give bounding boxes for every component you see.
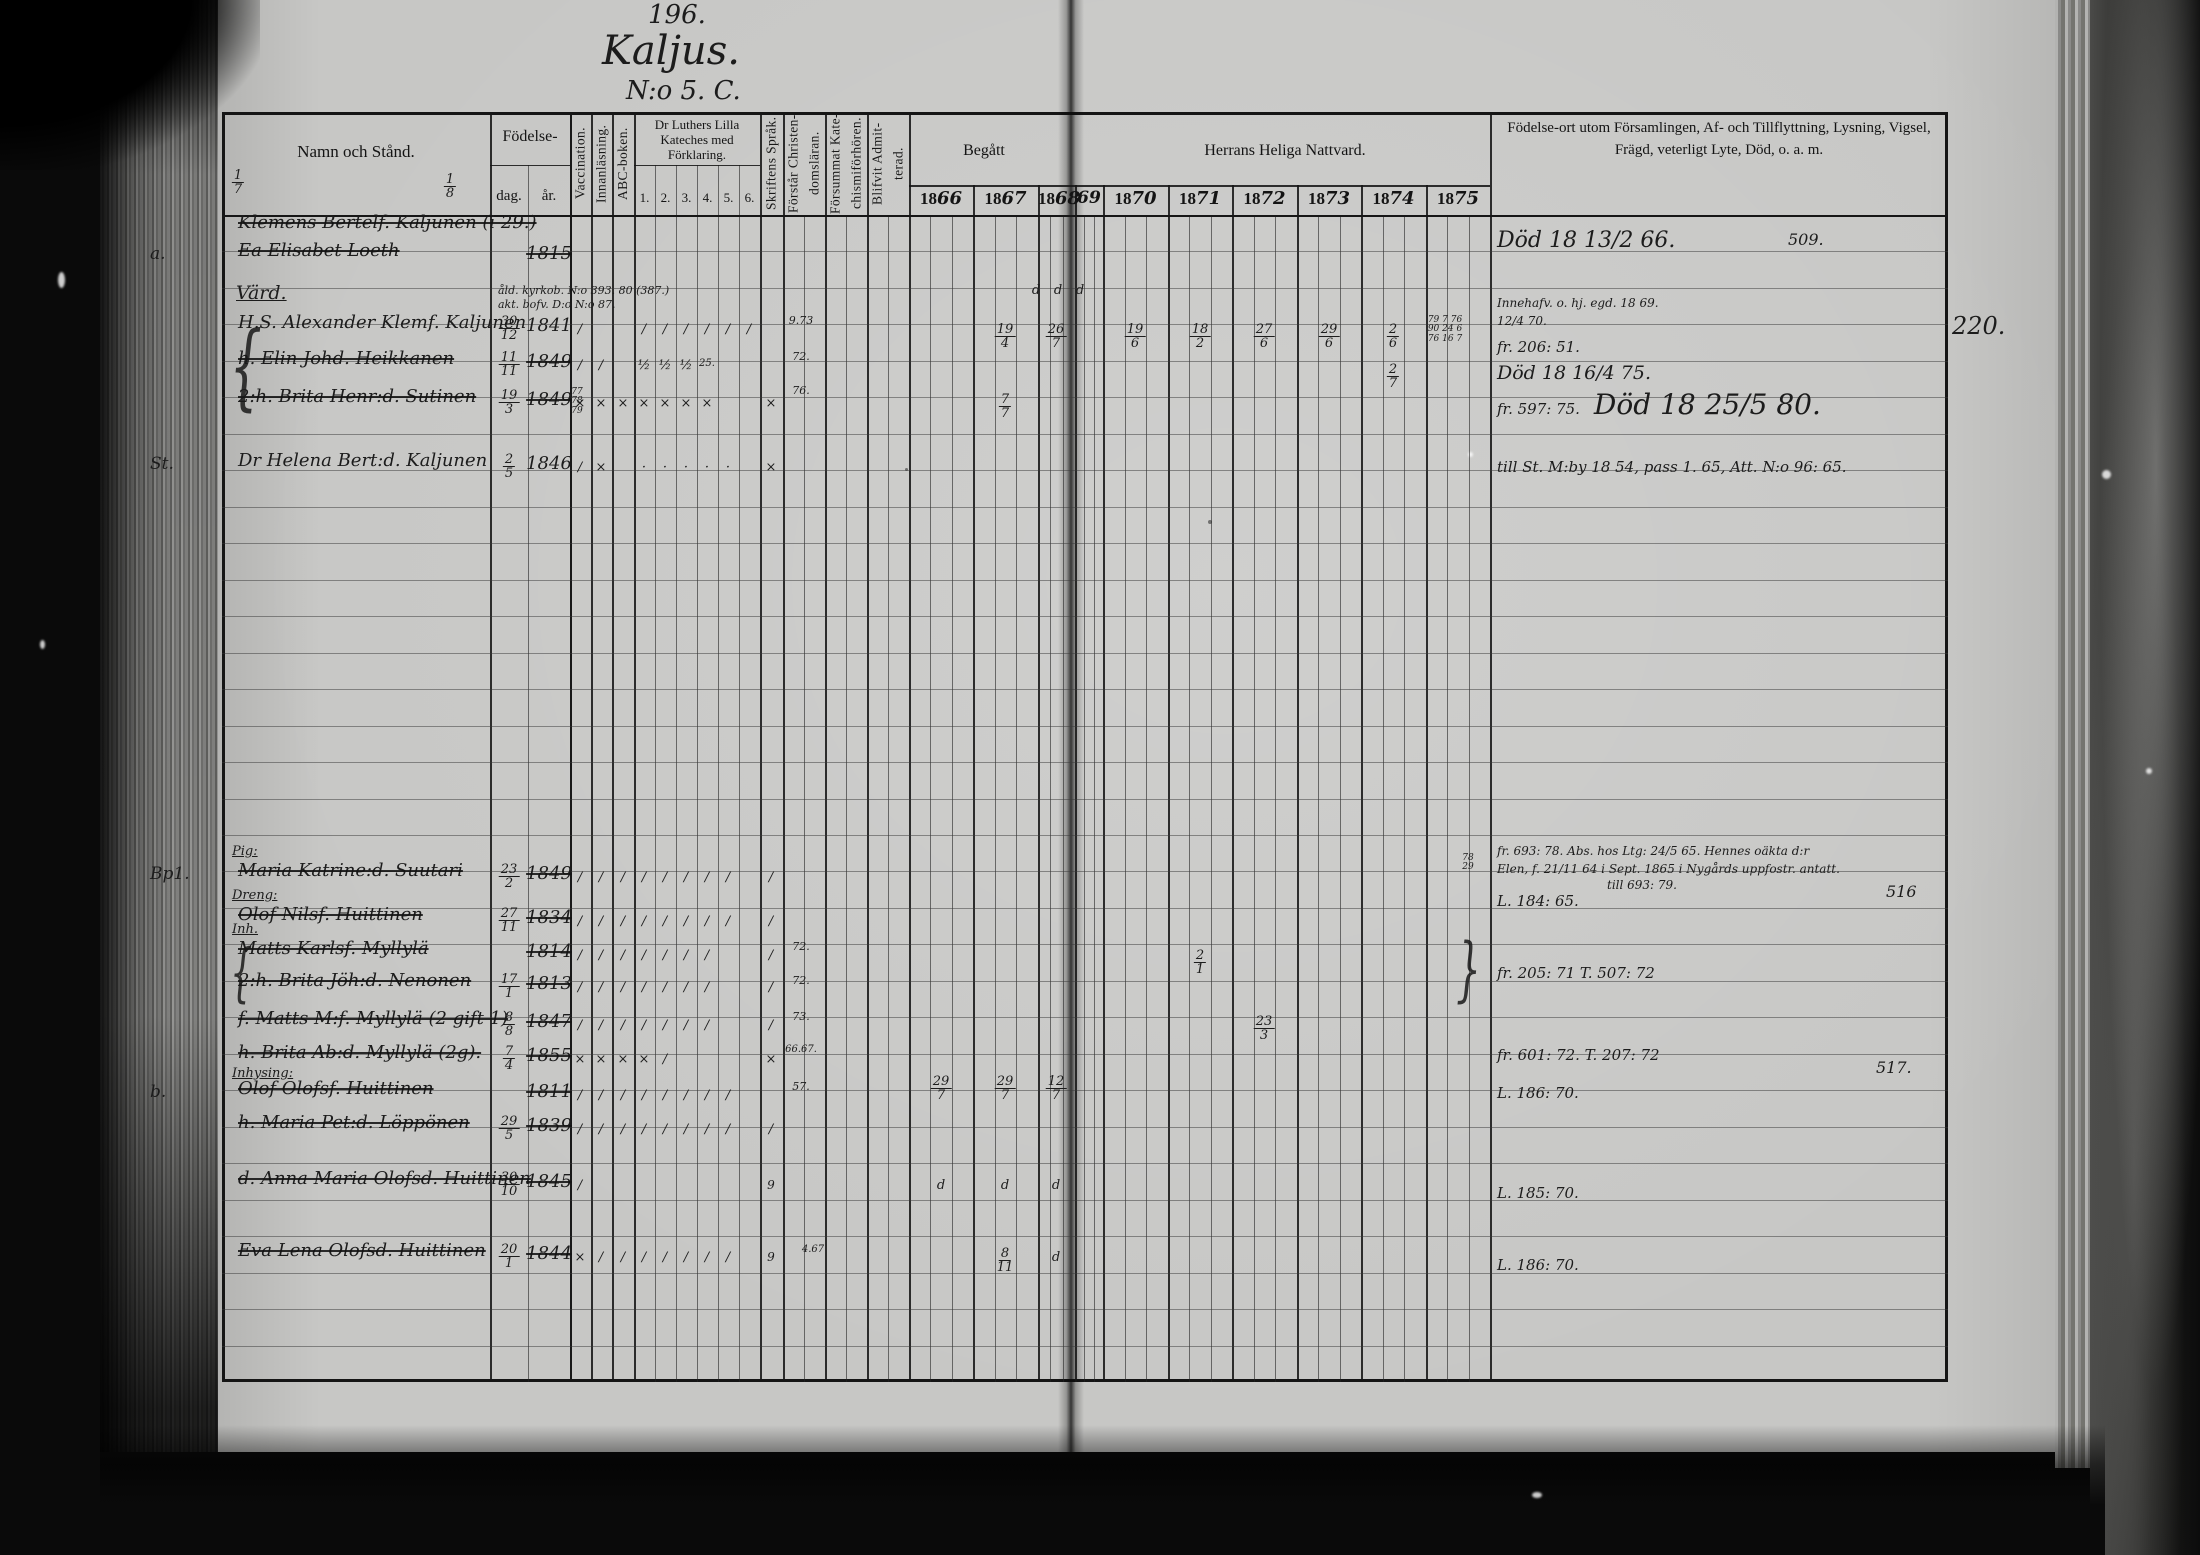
grid-mark: / — [705, 980, 709, 995]
grid-mark: × — [766, 1052, 777, 1067]
grid-mark: / — [726, 1122, 730, 1137]
grid-mark: / — [642, 980, 646, 995]
entry-birth-day: 25 — [503, 452, 515, 480]
header-name-och-stand: Namn och Stånd. — [222, 142, 490, 162]
year-label: 1873 — [1297, 188, 1361, 209]
grid-mark: × — [575, 1250, 586, 1265]
margin-reference-number: 220. — [1952, 312, 2005, 340]
note-line: L. 186: 70. — [1497, 1256, 1579, 1274]
entry-birth-day: 3012 — [499, 314, 520, 342]
grid-mark: × — [766, 396, 777, 411]
entry-birth-day: 232 — [499, 862, 520, 890]
grid-mark: / — [684, 914, 688, 929]
entry-birth-year: 1855 — [526, 1045, 572, 1066]
header-forstar-2: domsläran. — [804, 112, 825, 215]
grid-mark: 77 — [999, 392, 1011, 420]
grid-mark: / — [663, 1122, 667, 1137]
grid-mark: / — [578, 980, 582, 995]
header-admitterad-2: terad. — [888, 112, 909, 215]
grid-mark: 9.73 — [789, 314, 814, 327]
header-forstar-1: Förstår Christen- — [783, 112, 804, 215]
note-text: till 693: 79. — [1607, 878, 1677, 892]
grid-mark: / — [726, 1088, 730, 1103]
grid-mark: / — [663, 948, 667, 963]
page-number-title: N:o 5. C. — [626, 76, 741, 106]
table-line — [222, 616, 1948, 617]
grid-mark: / — [705, 948, 709, 963]
row-group-label: Värd. — [236, 282, 287, 304]
grid-mark: / — [684, 948, 688, 963]
header-kateches-col: 1. — [634, 190, 655, 206]
table-line — [222, 288, 1948, 289]
table-line — [825, 112, 827, 1382]
grid-mark: ½ — [638, 358, 651, 373]
note-text: 12/4 70. — [1497, 314, 1547, 328]
note-text: fr. 206: 51. — [1497, 338, 1580, 356]
entry-name: H.S. Alexander Klemf. Kaljunen — [238, 312, 526, 333]
grid-mark: · — [705, 460, 709, 475]
grid-mark: / — [684, 322, 688, 337]
note-line: fr. 601: 72. T. 207: 72 — [1497, 1046, 1660, 1064]
note-line: L. 184: 65. — [1497, 892, 1579, 910]
grid-mark: / — [769, 948, 773, 963]
grid-mark: / — [599, 358, 603, 373]
header-kateches-col: 5. — [718, 190, 739, 206]
entry-birth-day: 3010 — [499, 1170, 520, 1198]
grid-mark: / — [599, 1250, 603, 1265]
grid-mark: 72. — [792, 974, 810, 987]
grid-mark: d — [1052, 1250, 1060, 1265]
grid-mark: / — [621, 1122, 625, 1137]
entry-name: f. Matts M:f. Myllylä (2 gift 1) — [238, 1008, 508, 1029]
grid-mark: / — [684, 1250, 688, 1265]
table-line — [1297, 185, 1299, 1382]
entry-name: Olof Olofsf. Huittinen — [238, 1078, 434, 1099]
year-label: 1868 — [1038, 188, 1075, 209]
entry-name: h. Maria Pet:d. Löppönen — [238, 1112, 470, 1133]
note-text: fr. 205: 71 T. 507: 72 — [1497, 964, 1655, 982]
grid-mark: 233 — [1254, 1014, 1275, 1042]
year-label: 1874 — [1361, 188, 1426, 209]
grid-mark: / — [663, 980, 667, 995]
grid-mark: 76. — [792, 384, 810, 397]
dust-speck — [1532, 1492, 1542, 1498]
grid-mark: / — [747, 322, 751, 337]
entry-birth-year: 1847 — [526, 1011, 572, 1032]
header-scribble: 18 — [444, 172, 456, 200]
grid-mark: / — [769, 870, 773, 885]
table-line — [222, 1273, 1948, 1274]
grid-mark: / — [705, 870, 709, 885]
dust-speck — [40, 640, 45, 649]
folio-number: 196. — [648, 0, 706, 30]
entry-year-note: akt. bofv. D:o N:o 87. — [498, 298, 615, 311]
group-brace: } — [1456, 926, 1481, 1012]
grid-mark: d — [1076, 283, 1084, 298]
entry-birth-year: 1814 — [526, 941, 572, 962]
row-margin-mark: b. — [150, 1082, 166, 1102]
entry-name: Matts Karlsf. Myllylä — [238, 938, 429, 959]
grid-mark: d — [1032, 283, 1040, 298]
grid-mark: / — [726, 322, 730, 337]
grid-mark: · — [726, 460, 730, 475]
grid-mark: / — [663, 1052, 667, 1067]
year-label: 1870 — [1103, 188, 1168, 209]
entry-birth-day: 193 — [499, 388, 520, 416]
header-abc-boken: ABC-boken. — [612, 112, 634, 215]
entry-year-note: åld. kyrkob. N:o 393. 80 (387.) — [498, 284, 669, 297]
header-dag: dag. — [490, 188, 528, 205]
grid-mark: / — [642, 914, 646, 929]
grid-mark: × — [639, 396, 650, 411]
grid-mark: × — [596, 460, 607, 475]
header-ar: år. — [528, 188, 570, 205]
grid-mark: 297 — [931, 1074, 952, 1102]
table-line — [634, 112, 636, 1382]
grid-mark: / — [578, 1122, 582, 1137]
grid-mark: / — [578, 948, 582, 963]
grid-mark: 26 — [1387, 322, 1399, 350]
note-line: till St. M:by 18 54, pass 1. 65, Att. N:… — [1497, 458, 1847, 476]
margin-reference-number: 516 — [1886, 882, 1917, 901]
grid-mark: / — [705, 1088, 709, 1103]
table-line — [1075, 185, 1077, 1382]
note-text: fr. 601: 72. T. 207: 72 — [1497, 1046, 1660, 1064]
entry-name: Olof Nilsf. Huittinen — [238, 904, 423, 925]
grid-mark: 73. — [792, 1010, 810, 1023]
grid-mark: 811 — [997, 1246, 1014, 1274]
row-margin-mark: Bp1. — [150, 864, 190, 884]
grid-mark: / — [726, 870, 730, 885]
note-text: Död 18 13/2 66. — [1497, 228, 1675, 253]
grid-mark: d — [1001, 1178, 1009, 1193]
table-line — [634, 165, 760, 166]
grid-mark: 194 — [995, 322, 1016, 350]
grid-mark: / — [621, 1250, 625, 1265]
grid-mark: / — [705, 1122, 709, 1137]
note-text: fr. 693: 78. Abs. hos Ltg: 24/5 65. Henn… — [1497, 844, 1809, 858]
grid-mark: / — [663, 1250, 667, 1265]
entry-birth-day: 88 — [503, 1010, 515, 1038]
grid-mark: × — [618, 396, 629, 411]
note-text: Innehafv. o. hj. egd. 18 69. — [1497, 296, 1659, 310]
table-line — [222, 1200, 1948, 1201]
grid-mark: 9 — [767, 1250, 775, 1264]
entry-birth-day: 74 — [503, 1044, 515, 1072]
grid-mark: × — [618, 1052, 629, 1067]
table-line — [222, 689, 1948, 690]
page-bottom-shadow — [100, 1425, 2105, 1555]
note-text: L. 185: 70. — [1497, 1184, 1579, 1202]
grid-mark: / — [578, 1178, 582, 1193]
header-admitterad-1: Blifvit Admit- — [867, 112, 888, 215]
grid-mark: 196 — [1125, 322, 1146, 350]
table-line — [222, 1127, 1948, 1128]
note-text: Död 18 25/5 80. — [1594, 388, 1821, 421]
grid-mark: 25. — [699, 358, 715, 369]
grid-mark: / — [769, 980, 773, 995]
header-kateches-col: 3. — [676, 190, 697, 206]
grid-mark: / — [621, 980, 625, 995]
grid-mark: 66.67. — [785, 1044, 817, 1055]
table-line — [222, 434, 1948, 435]
grid-mark: / — [599, 870, 603, 885]
grid-mark: 78 29 — [1462, 854, 1473, 873]
note-text: Död 18 16/4 75. — [1497, 362, 1651, 384]
grid-mark: / — [599, 914, 603, 929]
note-text: fr. 597: 75. — [1497, 400, 1580, 418]
entry-name: Maria Katrine:d. Suutari — [238, 860, 463, 881]
grid-mark: / — [726, 914, 730, 929]
table-line — [1168, 185, 1170, 1382]
header-notes-col: Födelse-ort utom Församlingen, Af- och T… — [1490, 120, 1948, 137]
entry-name: Eva Lena Olofsd. Huittinen — [238, 1240, 486, 1261]
grid-mark: × — [575, 396, 586, 411]
grid-mark: / — [578, 322, 582, 337]
note-line: Död 18 16/4 75. — [1497, 362, 1651, 384]
header-scribble: 17 — [232, 168, 244, 196]
entry-name: Klemens Bertelf. Kaljunen (i 29.) — [238, 212, 537, 233]
row-group-label: Dreng: — [232, 888, 277, 903]
grid-mark: / — [642, 1122, 646, 1137]
grid-mark: / — [578, 358, 582, 373]
grid-mark: / — [684, 980, 688, 995]
note-text: L. 186: 70. — [1497, 1084, 1579, 1102]
grid-mark: 267 — [1046, 322, 1067, 350]
entry-name: Dr Helena Bert:d. Kaljunen — [238, 450, 487, 471]
grid-mark: 296 — [1319, 322, 1340, 350]
grid-mark: / — [621, 1018, 625, 1033]
grid-mark: 297 — [995, 1074, 1016, 1102]
table-line — [222, 580, 1948, 581]
table-line — [909, 112, 911, 1382]
grid-mark: / — [599, 980, 603, 995]
note-line: till 693: 79. — [1607, 878, 1677, 892]
table-line — [222, 981, 1948, 982]
table-line — [222, 1309, 1948, 1310]
entry-birth-year: 1845 — [526, 1171, 572, 1192]
grid-mark: / — [642, 948, 646, 963]
grid-mark: / — [663, 914, 667, 929]
table-line — [973, 185, 975, 1382]
note-text: L. 184: 65. — [1497, 892, 1579, 910]
grid-mark: 276 — [1254, 322, 1275, 350]
entry-birth-year: 1834 — [526, 907, 572, 928]
note-line: L. 186: 70. — [1497, 1084, 1579, 1102]
header-kateches-line: Dr Luthers Lilla — [634, 117, 760, 133]
note-line: Elen, f. 21/11 64 i Sept. 1865 i Nygårds… — [1497, 862, 1840, 876]
header-kateches-line: Kateches med — [634, 132, 760, 148]
margin-reference-number: 509. — [1788, 230, 1824, 249]
entry-birth-day: 201 — [499, 1242, 520, 1270]
scanned-parish-register-photo: 196. Kaljus. N:o 5. C. Namn och Stånd.Fö… — [0, 0, 2200, 1555]
table-line — [222, 543, 1948, 544]
grid-mark: / — [663, 322, 667, 337]
grid-mark: / — [621, 1088, 625, 1103]
grid-mark: / — [663, 1088, 667, 1103]
year-label: 1866 — [909, 188, 973, 209]
grid-mark: / — [726, 1250, 730, 1265]
year-label: 1875 — [1426, 188, 1490, 209]
grid-mark: × — [766, 460, 777, 475]
table-line — [1103, 185, 1105, 1382]
header-kateches-col: 6. — [739, 190, 760, 206]
table-line — [222, 944, 1948, 945]
entry-name: d. Anna Maria Olofsd. Huittinen — [238, 1168, 531, 1189]
entry-name: 2:h. Brita Jöh:d. Nenonen — [238, 970, 471, 991]
entry-birth-year: 1849 — [526, 389, 572, 410]
table-line — [222, 1236, 1948, 1237]
table-line — [222, 835, 1948, 836]
grid-mark: × — [702, 396, 713, 411]
entry-birth-year: 1839 — [526, 1115, 572, 1136]
dust-speck — [58, 272, 65, 288]
header-innanlasning: Innanläsning. — [591, 112, 612, 215]
grid-mark: / — [769, 914, 773, 929]
table-line — [760, 112, 762, 1382]
row-margin-mark: a. — [150, 244, 166, 264]
grid-mark: / — [663, 1018, 667, 1033]
entry-name: h. Brita Ab:d. Myllylä (2g). — [238, 1042, 481, 1063]
note-text: till St. M:by 18 54, pass 1. 65, Att. N:… — [1497, 458, 1847, 476]
grid-mark: / — [642, 322, 646, 337]
table-line — [783, 112, 785, 1382]
grid-mark: 127 — [1046, 1074, 1067, 1102]
grid-mark: 72. — [792, 940, 810, 953]
header-kateches-line: Förklaring. — [634, 147, 760, 163]
grid-mark: · — [642, 460, 646, 475]
entry-birth-year: 1849 — [526, 863, 572, 884]
grid-mark: / — [684, 1088, 688, 1103]
grid-mark: ½ — [659, 358, 672, 373]
grid-mark: 182 — [1190, 322, 1211, 350]
entry-birth-day: 2711 — [499, 906, 520, 934]
grid-mark: · — [684, 460, 688, 475]
dust-speck — [2146, 768, 2152, 774]
grid-mark: / — [578, 1088, 582, 1103]
year-label: 1867 — [973, 188, 1038, 209]
photo-dark-corner — [0, 0, 260, 170]
grid-mark: / — [769, 1122, 773, 1137]
table-line — [1426, 185, 1428, 1382]
entry-birth-day: 171 — [499, 972, 520, 1000]
row-group-label: Pig: — [232, 844, 258, 859]
entry-birth-year: 1813 — [526, 973, 572, 994]
grid-mark: × — [596, 1052, 607, 1067]
note-line: Innehafv. o. hj. egd. 18 69. — [1497, 296, 1659, 310]
grid-mark: / — [684, 1122, 688, 1137]
grid-mark: / — [599, 1122, 603, 1137]
grid-mark: / — [621, 948, 625, 963]
entry-name: Ea Elisabet Loeth — [238, 240, 400, 261]
grid-mark: / — [642, 1250, 646, 1265]
table-line — [222, 908, 1948, 909]
table-line — [222, 361, 1948, 362]
book-spine — [100, 0, 218, 1452]
table-line — [1361, 185, 1363, 1382]
note-line: fr. 206: 51. — [1497, 338, 1580, 356]
entry-birth-day: 295 — [499, 1114, 520, 1142]
note-line: Död 18 13/2 66. — [1497, 228, 1675, 253]
entry-birth-year: 1844 — [526, 1243, 572, 1264]
grid-mark: × — [681, 396, 692, 411]
grid-mark: / — [578, 870, 582, 885]
note-line: fr. 693: 78. Abs. hos Ltg: 24/5 65. Henn… — [1497, 844, 1809, 858]
entry-name: 2:h. Brita Henr:d. Sutinen — [238, 386, 476, 407]
group-brace: { — [229, 310, 262, 424]
grid-mark: / — [578, 1018, 582, 1033]
grid-mark: × — [596, 396, 607, 411]
grid-mark: / — [642, 1018, 646, 1033]
table-line — [1232, 185, 1234, 1382]
grid-mark: d — [937, 1178, 945, 1193]
year-label: 1872 — [1232, 188, 1297, 209]
note-line: L. 185: 70. — [1497, 1184, 1579, 1202]
note-line: 12/4 70. — [1497, 314, 1547, 328]
header-fodelse: Födelse- — [490, 128, 570, 146]
table-line — [867, 112, 869, 1382]
table-line — [490, 165, 570, 166]
grid-mark: d — [1052, 1178, 1060, 1193]
year-label: 69 — [1075, 188, 1103, 208]
header-skriftens-sprak: Skriftens Språk. — [760, 112, 783, 215]
table-line — [222, 762, 1948, 763]
grid-mark: × — [660, 396, 671, 411]
note-line: fr. 597: 75.Död 18 25/5 80. — [1497, 388, 1821, 421]
grid-mark: / — [599, 1088, 603, 1103]
entry-birth-year: 1815 — [526, 243, 572, 264]
entry-birth-day: 1111 — [499, 350, 520, 378]
grid-mark: / — [769, 1018, 773, 1033]
grid-mark: × — [575, 1052, 586, 1067]
table-line — [222, 1090, 1948, 1091]
table-line — [490, 112, 492, 1382]
entry-name: h. Elin Johd. Heikkanen — [238, 348, 454, 369]
table-line — [222, 251, 1948, 252]
grid-mark: / — [684, 870, 688, 885]
grid-mark: 27 — [1387, 362, 1399, 390]
grid-mark: 57. — [792, 1080, 810, 1093]
table-line — [222, 1346, 1948, 1347]
grid-mark: 79 7 76 90 24 6 76 16 7 — [1428, 316, 1462, 344]
grid-mark: / — [684, 1018, 688, 1033]
grid-mark: 21 — [1194, 948, 1206, 976]
table-line — [222, 507, 1948, 508]
table-line — [909, 185, 1490, 187]
grid-mark: 9 — [767, 1178, 775, 1192]
grid-mark: / — [705, 322, 709, 337]
table-line — [222, 653, 1948, 654]
header-kateches-col: 4. — [697, 190, 718, 206]
row-margin-mark: St. — [150, 454, 174, 474]
grid-mark: / — [621, 914, 625, 929]
table-line — [222, 726, 1948, 727]
note-text: L. 186: 70. — [1497, 1256, 1579, 1274]
table-line — [1490, 112, 1492, 1382]
grid-mark: / — [578, 914, 582, 929]
entry-birth-year: 1841 — [526, 315, 572, 336]
grid-mark: / — [578, 460, 582, 475]
grid-mark: / — [705, 914, 709, 929]
note-text: Elen, f. 21/11 64 i Sept. 1865 i Nygårds… — [1497, 862, 1840, 876]
grid-mark: / — [599, 1018, 603, 1033]
margin-reference-number: 517. — [1876, 1058, 1912, 1077]
grid-mark: × — [639, 1052, 650, 1067]
grid-mark: / — [663, 870, 667, 885]
header-notes-col: Frägd, veterligt Lyte, Död, o. a. m. — [1490, 142, 1948, 159]
grid-mark: · — [663, 460, 667, 475]
header-nattvard: Herrans Heliga Nattvard. — [1090, 142, 1480, 160]
